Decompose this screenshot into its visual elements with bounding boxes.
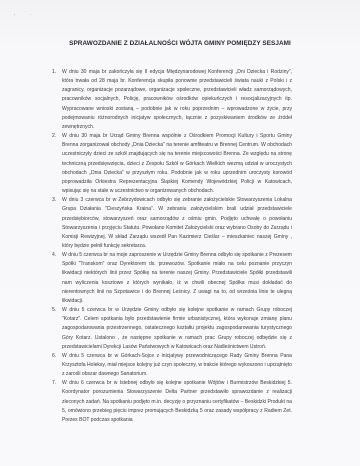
- item-number: 3.: [52, 196, 56, 205]
- scan-artifact: ': [14, 14, 15, 20]
- list-item: 3. W dniu 3 czerwca br w Zebrzydowicach …: [52, 196, 292, 251]
- item-number: 2.: [52, 132, 56, 141]
- item-text: W dniu 5 czerwca br w Urzędzie Gminy odb…: [62, 307, 292, 350]
- list-item: 5. W dniu 5 czerwca br w Urzędzie Gminy …: [52, 306, 292, 352]
- scan-artifact: ·: [30, 12, 32, 18]
- item-number: 4.: [52, 251, 56, 260]
- item-text: W dniu 5 czerwca br w Górkach-Sojce z in…: [62, 353, 292, 377]
- item-text: W dniu 5 czerwca br na moje zaproszenie …: [62, 252, 292, 304]
- list-item: 6. W dniu 5 czerwca br w Górkach-Sojce z…: [52, 352, 292, 379]
- report-items-list: 1. W dniu 30 maja br zakończyła się II e…: [52, 68, 292, 425]
- list-item: 4. W dniu 5 czerwca br na moje zaproszen…: [52, 251, 292, 306]
- item-text: W dniu 30 maja br zakończyła się II edyc…: [62, 69, 292, 130]
- item-number: 7.: [52, 379, 56, 388]
- list-item: 7. W dniu 6 czerwca br w Istebnej odbyło…: [52, 379, 292, 425]
- item-number: 6.: [52, 352, 56, 361]
- item-number: 1.: [52, 68, 56, 77]
- scanned-page: ' · SPRAWOZDANIE Z DZIAŁALNOŚCI WÓJTA GM…: [0, 0, 360, 466]
- list-item: 2. W dniu 30 maja br Urząd Gminy Brenna …: [52, 132, 292, 196]
- item-number: 5.: [52, 306, 56, 315]
- document-title: SPRAWOZDANIE Z DZIAŁALNOŚCI WÓJTA GMINY …: [0, 40, 360, 47]
- list-item: 1. W dniu 30 maja br zakończyła się II e…: [52, 68, 292, 132]
- item-text: W dniu 30 maja br Urząd Gminy Brenna wsp…: [62, 133, 292, 194]
- item-text: W dniu 3 czerwca br w Zebrzydowicach odb…: [62, 197, 292, 249]
- item-text: W dniu 6 czerwca br w Istebnej odbyło si…: [62, 380, 292, 423]
